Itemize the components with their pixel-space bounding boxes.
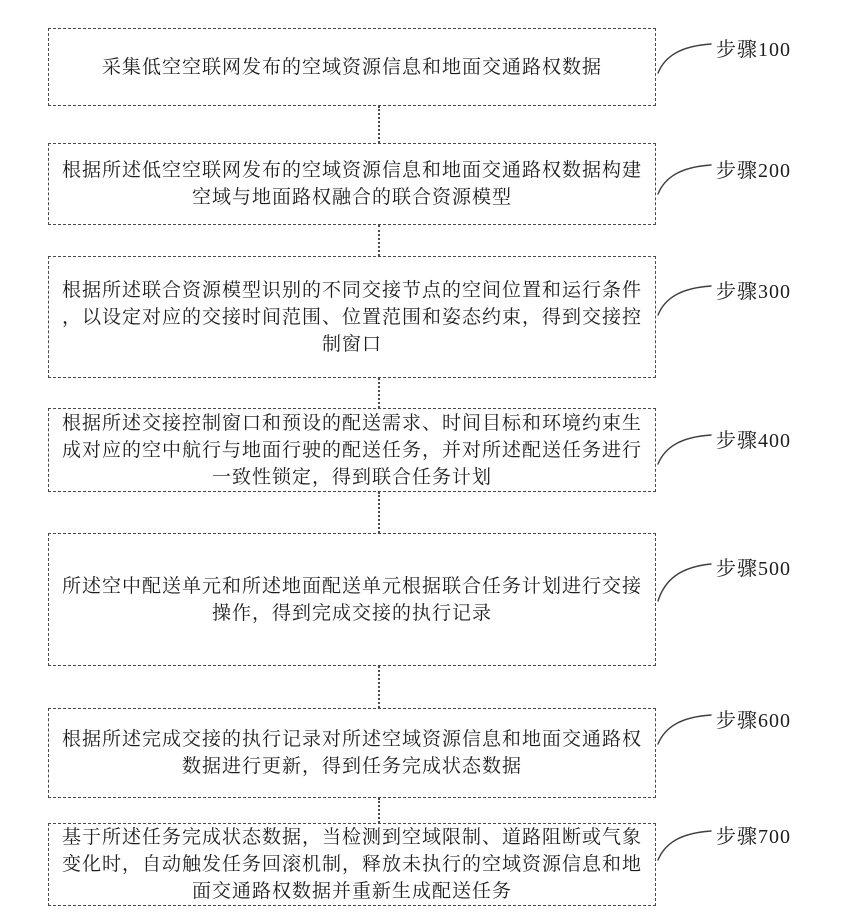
connector-line <box>378 798 380 823</box>
connector-line <box>378 492 380 533</box>
step-600-text-line: 数据进行更新，得到任务完成状态数据 <box>182 753 522 780</box>
connector-line <box>378 106 380 143</box>
step-700-text-line: 变化时，自动触发任务回滚机制，释放未执行的空域资源信息和地 <box>62 851 642 878</box>
connector-line <box>378 666 380 708</box>
leader-curve-icon <box>657 828 713 864</box>
step-100-text-line: 采集低空空联网发布的空域资源信息和地面交通路权数据 <box>102 54 602 81</box>
flow-box-step-200: 根据所述低空空联网发布的空域资源信息和地面交通路权数据构建 空域与地面路权融合的… <box>48 143 656 225</box>
step-300-text-line: ，以设定对应的交接时间范围、位置范围和姿态约束，得到交接控 <box>62 304 642 331</box>
step-label-400: 步骤400 <box>716 424 791 453</box>
step-200-text-line: 根据所述低空空联网发布的空域资源信息和地面交通路权数据构建 <box>62 157 642 184</box>
flow-box-step-400: 根据所述交接控制窗口和预设的配送需求、时间目标和环境约束生 成对应的空中航行与地… <box>48 408 656 492</box>
step-400-text-line: 根据所述交接控制窗口和预设的配送需求、时间目标和环境约束生 <box>62 410 642 437</box>
step-label-700: 步骤700 <box>716 820 791 849</box>
step-label-200: 步骤200 <box>716 154 791 183</box>
connector-line <box>378 225 380 256</box>
leader-curve-icon <box>657 712 713 748</box>
leader-curve-icon <box>657 162 713 198</box>
step-300-text-line: 制窗口 <box>322 331 382 358</box>
flow-box-step-300: 根据所述联合资源模型识别的不同交接节点的空间位置和运行条件 ，以设定对应的交接时… <box>48 256 656 378</box>
step-500-text-line: 操作，得到完成交接的执行记录 <box>212 600 492 627</box>
step-400-text-line: 一致性锁定，得到联合任务计划 <box>212 464 492 491</box>
step-400-text-line: 成对应的空中航行与地面行驶的配送任务，并对所述配送任务进行 <box>62 437 642 464</box>
step-label-600: 步骤600 <box>716 704 791 733</box>
step-label-100: 步骤100 <box>716 33 791 62</box>
step-700-text-line: 面交通路权数据并重新生成配送任务 <box>192 878 512 905</box>
step-label-300: 步骤300 <box>716 275 791 304</box>
leader-curve-icon <box>657 41 713 77</box>
leader-curve-icon <box>657 561 713 605</box>
leader-curve-icon <box>657 283 713 319</box>
flow-box-step-500: 所述空中配送单元和所述地面配送单元根据联合任务计划进行交接 操作，得到完成交接的… <box>48 533 656 666</box>
step-700-text-line: 基于所述任务完成状态数据，当检测到空域限制、道路阻断或气象 <box>62 824 642 851</box>
leader-curve-icon <box>657 432 713 468</box>
step-500-text-line: 所述空中配送单元和所述地面配送单元根据联合任务计划进行交接 <box>62 573 642 600</box>
flow-box-step-100: 采集低空空联网发布的空域资源信息和地面交通路权数据 <box>48 28 656 106</box>
step-200-text-line: 空域与地面路权融合的联合资源模型 <box>192 184 512 211</box>
step-label-500: 步骤500 <box>716 552 791 581</box>
step-600-text-line: 根据所述完成交接的执行记录对所述空域资源信息和地面交通路权 <box>62 726 642 753</box>
step-300-text-line: 根据所述联合资源模型识别的不同交接节点的空间位置和运行条件 <box>62 277 642 304</box>
flow-box-step-700: 基于所述任务完成状态数据，当检测到空域限制、道路阻断或气象 变化时，自动触发任务… <box>48 823 656 906</box>
connector-line <box>378 378 380 408</box>
flow-box-step-600: 根据所述完成交接的执行记录对所述空域资源信息和地面交通路权 数据进行更新，得到任… <box>48 708 656 798</box>
flowchart-figure: 采集低空空联网发布的空域资源信息和地面交通路权数据 步骤100 根据所述低空空联… <box>0 0 865 918</box>
